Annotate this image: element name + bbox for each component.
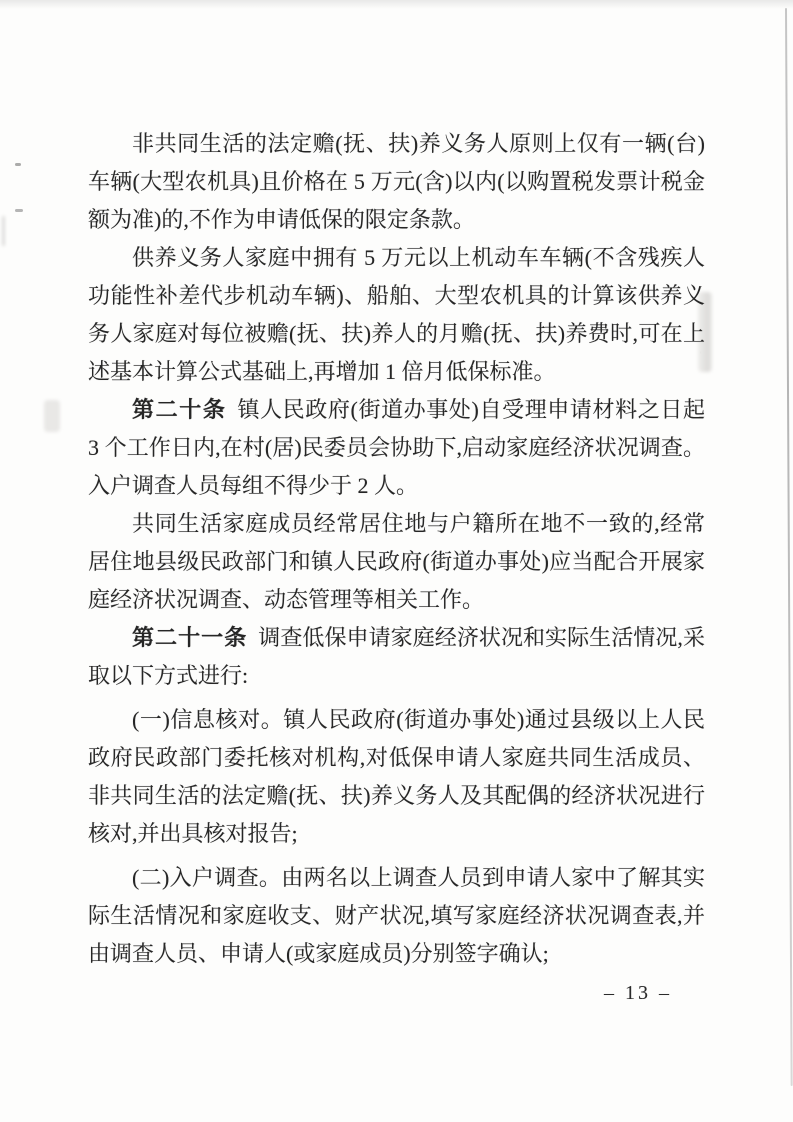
article-number: 第二十一条: [132, 625, 247, 650]
document-paragraph: 供养义务人家庭中拥有 5 万元以上机动车车辆(不含残疾人功能性补差代步机动车辆)…: [88, 239, 705, 391]
document-paragraph: 非共同生活的法定赡(抚、扶)养义务人原则上仅有一辆(台)车辆(大型农机具)且价格…: [88, 125, 705, 239]
scan-speck: [15, 209, 23, 212]
paragraph-text: 非共同生活的法定赡(抚、扶)养义务人原则上仅有一辆(台)车辆(大型农机具)且价格…: [88, 131, 705, 232]
document-paragraph: (二)入户调查。由两名以上调查人员到申请人家中了解其实际生活情况和家庭收支、财产…: [88, 859, 705, 973]
scan-smudge: [44, 400, 60, 432]
scan-smudge: [2, 216, 5, 246]
document-paragraph: 第二十条镇人民政府(街道办事处)自受理申请材料之日起 3 个工作日内,在村(居)…: [88, 391, 705, 505]
document-paragraph: (一)信息核对。镇人民政府(街道办事处)通过县级以上人民政府民政部门委托核对机构…: [88, 701, 705, 853]
scanned-document-page: 非共同生活的法定赡(抚、扶)养义务人原则上仅有一辆(台)车辆(大型农机具)且价格…: [0, 0, 793, 1122]
page-number: – 13 –: [604, 982, 672, 1005]
scan-speck: [15, 163, 21, 166]
paragraph-text: 共同生活家庭成员经常居住地与户籍所在地不一致的,经常居住地县级民政部门和镇人民政…: [88, 511, 705, 612]
document-paragraph: 共同生活家庭成员经常居住地与户籍所在地不一致的,经常居住地县级民政部门和镇人民政…: [88, 505, 705, 619]
document-paragraph: 第二十一条调查低保申请家庭经济状况和实际生活情况,采 取以下方式进行:: [88, 619, 705, 695]
scan-edge-top-band: [0, 0, 793, 9]
paragraph-text: (二)入户调查。由两名以上调查人员到申请人家中了解其实际生活情况和家庭收支、财产…: [88, 865, 705, 966]
paragraph-text: (一)信息核对。镇人民政府(街道办事处)通过县级以上人民政府民政部门委托核对机构…: [88, 707, 705, 846]
document-body: 非共同生活的法定赡(抚、扶)养义务人原则上仅有一辆(台)车辆(大型农机具)且价格…: [88, 125, 705, 973]
article-number: 第二十条: [132, 397, 226, 422]
scan-edge-vertical-line: [785, 8, 793, 1086]
paragraph-text: 供养义务人家庭中拥有 5 万元以上机动车车辆(不含残疾人功能性补差代步机动车辆)…: [88, 245, 705, 384]
